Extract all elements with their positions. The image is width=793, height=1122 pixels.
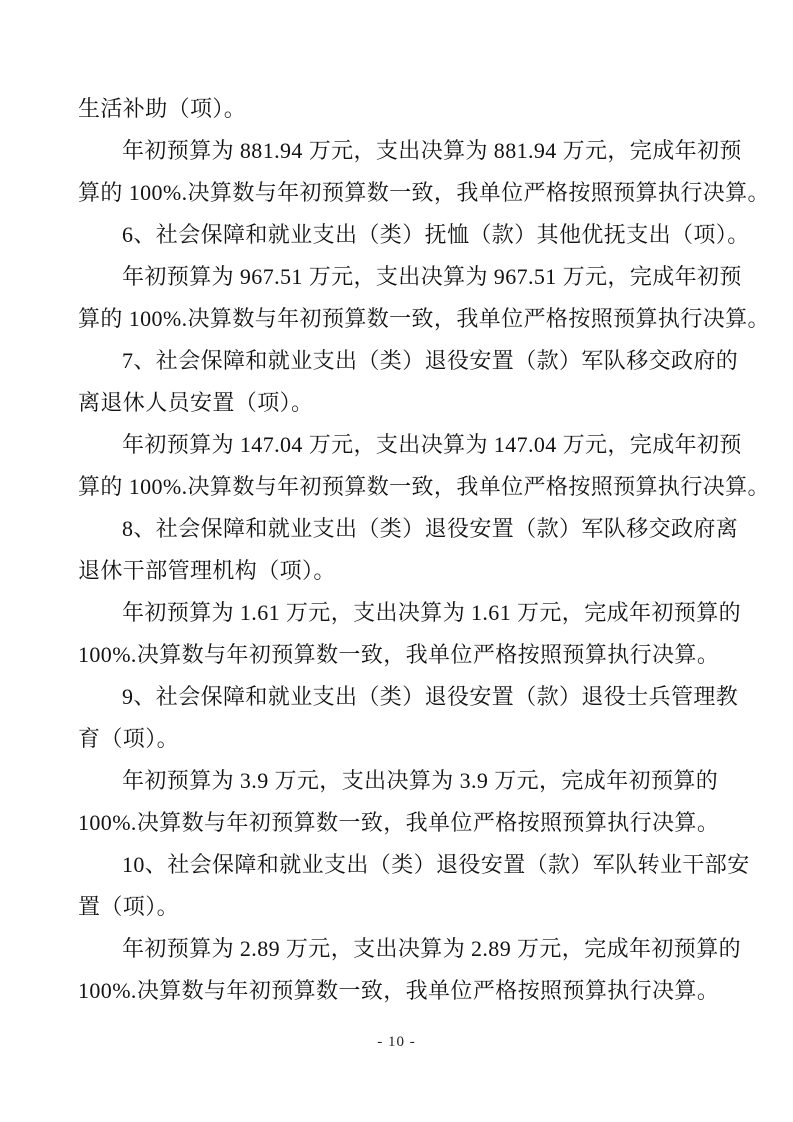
document-page: 生活补助（项）。 年初预算为 881.94 万元，支出决算为 881.94 万元… [0,0,793,1122]
text-line: 8、社会保障和就业支出（类）退役安置（款）军队移交政府离 [78,508,720,550]
text-line: 6、社会保障和就业支出（类）抚恤（款）其他优抚支出（项）。 [78,214,720,256]
text-line: 生活补助（项）。 [78,88,720,130]
document-body: 生活补助（项）。 年初预算为 881.94 万元，支出决算为 881.94 万元… [78,88,720,1012]
text-line: 算的 100%.决算数与年初预算数一致，我单位严格按照预算执行决算。 [78,172,720,214]
page-number: - 10 - [0,1034,793,1051]
text-line: 年初预算为 967.51 万元，支出决算为 967.51 万元，完成年初预 [78,256,720,298]
text-line: 100%.决算数与年初预算数一致，我单位严格按照预算执行决算。 [78,970,720,1012]
text-line: 7、社会保障和就业支出（类）退役安置（款）军队移交政府的 [78,340,720,382]
text-line: 年初预算为 2.89 万元，支出决算为 2.89 万元，完成年初预算的 [78,928,720,970]
text-line: 9、社会保障和就业支出（类）退役安置（款）退役士兵管理教 [78,676,720,718]
text-line: 退休干部管理机构（项）。 [78,550,720,592]
text-line: 10、社会保障和就业支出（类）退役安置（款）军队转业干部安 [78,844,720,886]
text-line: 年初预算为 881.94 万元，支出决算为 881.94 万元，完成年初预 [78,130,720,172]
text-line: 置（项）。 [78,886,720,928]
text-line: 100%.决算数与年初预算数一致，我单位严格按照预算执行决算。 [78,634,720,676]
text-line: 算的 100%.决算数与年初预算数一致，我单位严格按照预算执行决算。 [78,466,720,508]
text-line: 离退休人员安置（项）。 [78,382,720,424]
text-line: 100%.决算数与年初预算数一致，我单位严格按照预算执行决算。 [78,802,720,844]
text-line: 育（项）。 [78,718,720,760]
text-line: 年初预算为 147.04 万元，支出决算为 147.04 万元，完成年初预 [78,424,720,466]
text-line: 年初预算为 1.61 万元，支出决算为 1.61 万元，完成年初预算的 [78,592,720,634]
text-line: 年初预算为 3.9 万元，支出决算为 3.9 万元，完成年初预算的 [78,760,720,802]
text-line: 算的 100%.决算数与年初预算数一致，我单位严格按照预算执行决算。 [78,298,720,340]
